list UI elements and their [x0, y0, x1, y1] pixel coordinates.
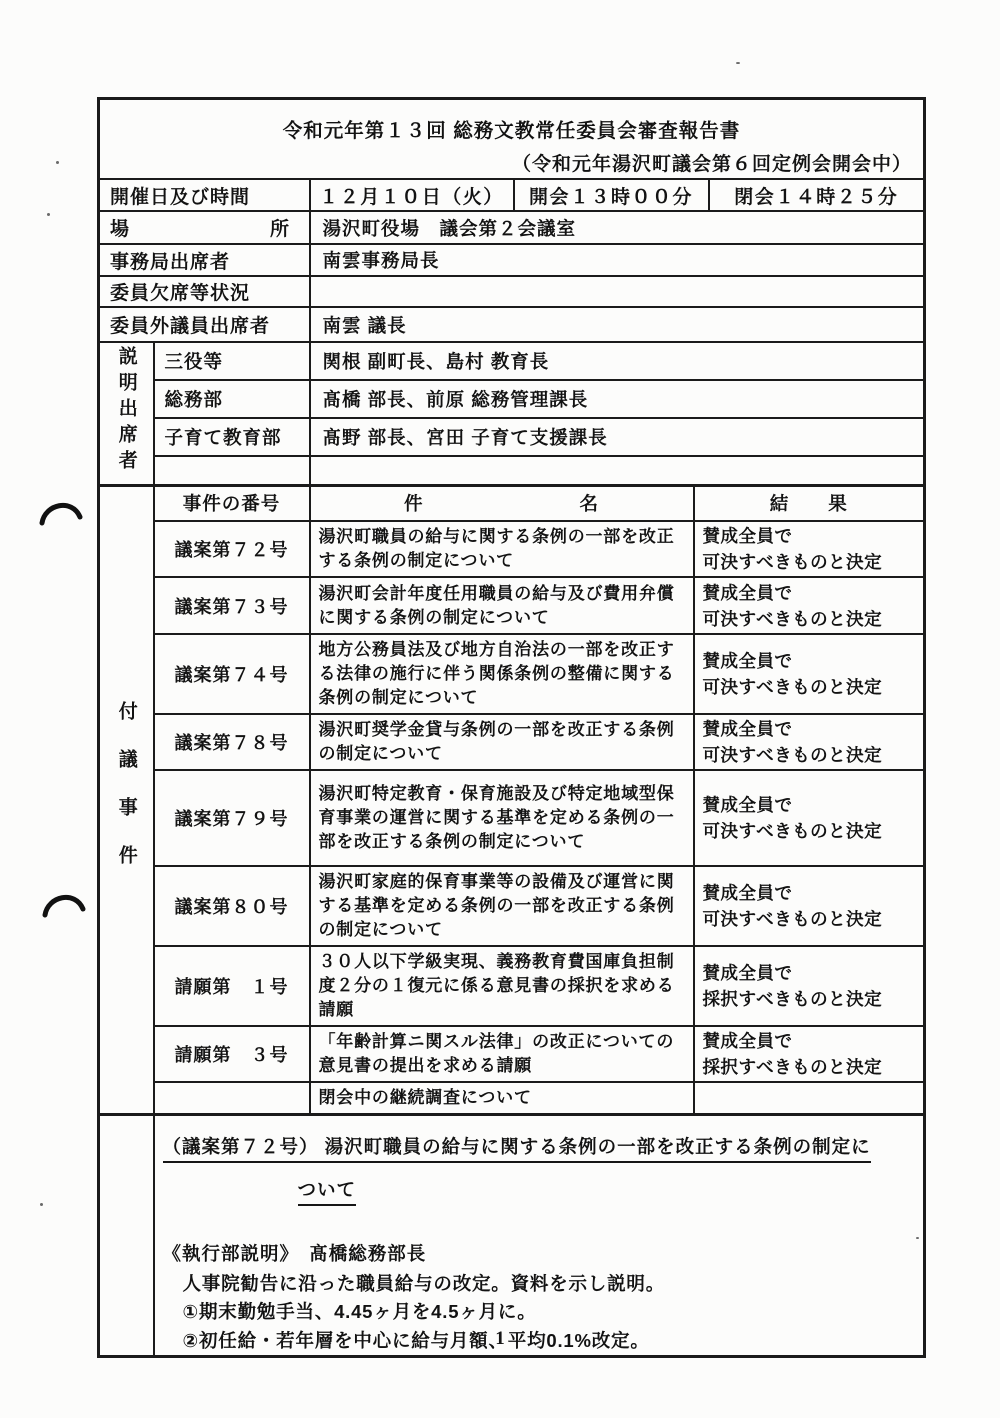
explanation-line: 人事院勧告に沿った職員給与の改定。資料を示し説明。 — [183, 1270, 914, 1298]
explainer-members: 関根 副町長、島村 教育長 — [310, 342, 925, 380]
case-result: 賛成全員で 可決すべきものと決定 — [694, 866, 925, 946]
detail-margin-cell — [99, 1115, 154, 1357]
case-result-line: 可決すべきものと決定 — [703, 742, 923, 768]
agenda-row: 議案第７３号 湯沢町会計年度任用職員の給与及び費用弁償に関する条例の制定について… — [99, 577, 925, 634]
secretariat-value: 南雲事務局長 — [310, 244, 925, 276]
case-result-line: 可決すべきものと決定 — [703, 606, 923, 632]
detail-content: （議案第７２号） 湯沢町職員の給与に関する条例の一部を改正する条例の制定に つい… — [154, 1115, 925, 1357]
case-result: 賛成全員で 可決すべきものと決定 — [694, 577, 925, 634]
case-number: 議案第７８号 — [154, 714, 310, 770]
place-row: 場 所 湯沢町役場 議会第２会議室 — [99, 211, 925, 244]
case-result: 賛成全員で 可決すべきものと決定 — [694, 770, 925, 866]
datetime-label: 開催日及び時間 — [99, 179, 310, 211]
case-result-line: 賛成全員で — [703, 792, 923, 818]
explainer-row: 子育て教育部 髙野 部長、宮田 子育て支援課長 — [99, 418, 925, 456]
page-number: 1 — [0, 1328, 1000, 1350]
case-result-line: 可決すべきものと決定 — [703, 818, 923, 844]
explainer-category: 子育て教育部 — [154, 418, 310, 456]
scan-dot — [47, 213, 50, 216]
case-result-line: 賛成全員で — [703, 716, 923, 742]
case-result-line: 賛成全員で — [703, 523, 923, 549]
agenda-group-label: 付議事件 — [99, 485, 154, 1115]
explainer-members: 髙橋 部長、前原 総務管理課長 — [310, 380, 925, 418]
scan-arc-mark — [38, 492, 84, 530]
secretariat-label: 事務局出席者 — [99, 244, 310, 276]
explainer-category — [154, 456, 310, 485]
nonmember-value: 南雲 議長 — [310, 307, 925, 342]
detail-heading-continuation: ついて — [298, 1175, 914, 1205]
agenda-row: 議案第７２号 湯沢町職員の給与に関する条例の一部を改正する条例の制定について 賛… — [99, 521, 925, 577]
agenda-row: 議案第８０号 湯沢町家庭的保育事業等の設備及び運営に関する基準を定める条例の一部… — [99, 866, 925, 946]
agenda-row: 議案第７４号 地方公務員法及び地方自治法の一部を改正する法律の施行に伴う関係条例… — [99, 634, 925, 714]
column-header-result: 結 果 — [694, 485, 925, 521]
case-number: 議案第７２号 — [154, 521, 310, 577]
title-row: 令和元年第１３回 総務文教常任委員会審査報告書 （令和元年湯沢町議会第６回定例会… — [99, 99, 925, 180]
detail-row: （議案第７２号） 湯沢町職員の給与に関する条例の一部を改正する条例の制定に つい… — [99, 1115, 925, 1357]
secretariat-row: 事務局出席者 南雲事務局長 — [99, 244, 925, 276]
case-name: 湯沢町特定教育・保育施設及び特定地域型保育事業の運営に関する基準を定める条例の一… — [310, 770, 694, 866]
detail-heading-line1: （議案第７２号） 湯沢町職員の給与に関する条例の一部を改正する条例の制定に — [163, 1136, 871, 1163]
place-value: 湯沢町役場 議会第２会議室 — [310, 211, 925, 244]
detail-heading: （議案第７２号） 湯沢町職員の給与に関する条例の一部を改正する条例の制定に — [163, 1132, 914, 1162]
case-name: 湯沢町職員の給与に関する条例の一部を改正する条例の制定について — [310, 521, 694, 577]
column-header-name: 件 名 — [310, 485, 694, 521]
case-result-line: 可決すべきものと決定 — [703, 674, 923, 700]
case-number: 請願第 １号 — [154, 946, 310, 1026]
case-result-line: 賛成全員で — [703, 880, 923, 906]
case-name: ３０人以下学級実現、義務教育費国庫負担制度２分の１復元に係る意見書の採択を求める… — [310, 946, 694, 1026]
explainer-category: 三役等 — [154, 342, 310, 380]
case-number — [154, 1082, 310, 1115]
case-name: 湯沢町会計年度任用職員の給与及び費用弁償に関する条例の制定について — [310, 577, 694, 634]
case-number: 議案第７４号 — [154, 634, 310, 714]
case-result: 賛成全員で 採択すべきものと決定 — [694, 946, 925, 1026]
case-result: 賛成全員で 可決すべきものと決定 — [694, 521, 925, 577]
explainers-vertical-label: 説明出席者 — [117, 346, 136, 476]
explainer-members: 髙野 部長、宮田 子育て支援課長 — [310, 418, 925, 456]
document-subtitle: （令和元年湯沢町議会第６回定例会開会中） — [101, 149, 922, 176]
case-result-line: 賛成全員で — [703, 1028, 923, 1054]
detail-heading-line2: ついて — [298, 1179, 357, 1206]
case-result-line: 可決すべきものと決定 — [703, 549, 923, 575]
scan-dot — [40, 1203, 43, 1206]
agenda-row: 請願第 ３号 「年齢計算ニ関スル法律」の改正についての意見書の提出を求める請願 … — [99, 1026, 925, 1082]
case-result: 賛成全員で 可決すべきものと決定 — [694, 634, 925, 714]
nonmember-label: 委員外議員出席者 — [99, 307, 310, 342]
case-number: 請願第 ３号 — [154, 1026, 310, 1082]
explainer-category: 総務部 — [154, 380, 310, 418]
document-title: 令和元年第１３回 総務文教常任委員会審査報告書 — [101, 115, 922, 143]
case-name: 閉会中の継続調査について — [310, 1082, 694, 1115]
meeting-date: １２月１０日（火） — [310, 179, 514, 211]
case-result-line: 可決すべきものと決定 — [703, 906, 923, 932]
case-result-line: 採択すべきものと決定 — [703, 1054, 923, 1080]
case-result: 賛成全員で 可決すべきものと決定 — [694, 714, 925, 770]
case-result — [694, 1082, 925, 1115]
agenda-row: 議案第７８号 湯沢町奨学金貸与条例の一部を改正する条例の制定について 賛成全員で… — [99, 714, 925, 770]
case-result: 賛成全員で 採択すべきものと決定 — [694, 1026, 925, 1082]
agenda-vertical-label: 付議事件 — [117, 701, 136, 893]
meeting-open-time: 開会１３時００分 — [514, 179, 709, 211]
case-number: 議案第７９号 — [154, 770, 310, 866]
explainer-row: 総務部 髙橋 部長、前原 総務管理課長 — [99, 380, 925, 418]
place-label: 場 所 — [99, 211, 310, 244]
case-result-line: 賛成全員で — [703, 580, 923, 606]
scan-dot — [736, 62, 740, 64]
column-header-number: 事件の番号 — [154, 485, 310, 521]
explainers-group-label: 説明出席者 — [99, 342, 154, 485]
absence-row: 委員欠席等状況 — [99, 276, 925, 307]
case-result-line: 賛成全員で — [703, 648, 923, 674]
scan-arc-mark — [41, 884, 87, 922]
detail-table: （議案第７２号） 湯沢町職員の給与に関する条例の一部を改正する条例の制定に つい… — [97, 1113, 926, 1358]
executive-explanation-label: 《執行部説明》 髙橋総務部長 — [163, 1239, 914, 1269]
datetime-row: 開催日及び時間 １２月１０日（火） 開会１３時００分 閉会１４時２５分 — [99, 179, 925, 211]
explainer-row: 説明出席者 三役等 関根 副町長、島村 教育長 — [99, 342, 925, 380]
absence-value — [310, 276, 925, 307]
agenda-header-row: 付議事件 事件の番号 件 名 結 果 — [99, 485, 925, 521]
case-name: 湯沢町家庭的保育事業等の設備及び運営に関する基準を定める条例の一部を改正する条例… — [310, 866, 694, 946]
document-page: 令和元年第１３回 総務文教常任委員会審査報告書 （令和元年湯沢町議会第６回定例会… — [0, 0, 1000, 1418]
agenda-row: 請願第 １号 ３０人以下学級実現、義務教育費国庫負担制度２分の１復元に係る意見書… — [99, 946, 925, 1026]
case-name: 地方公務員法及び地方自治法の一部を改正する法律の施行に伴う関係条例の整備に関する… — [310, 634, 694, 714]
case-name: 「年齢計算ニ関スル法律」の改正についての意見書の提出を求める請願 — [310, 1026, 694, 1082]
committee-report: 令和元年第１３回 総務文教常任委員会審査報告書 （令和元年湯沢町議会第６回定例会… — [97, 97, 923, 1358]
report-header-table: 令和元年第１３回 総務文教常任委員会審査報告書 （令和元年湯沢町議会第６回定例会… — [97, 97, 926, 487]
scan-dot — [56, 161, 59, 164]
explainer-row — [99, 456, 925, 485]
absence-label: 委員欠席等状況 — [99, 276, 310, 307]
case-number: 議案第７３号 — [154, 577, 310, 634]
meeting-close-time: 閉会１４時２５分 — [709, 179, 925, 211]
case-name: 湯沢町奨学金貸与条例の一部を改正する条例の制定について — [310, 714, 694, 770]
explainer-members — [310, 456, 925, 485]
case-result-line: 採択すべきものと決定 — [703, 986, 923, 1012]
agenda-table: 付議事件 事件の番号 件 名 結 果 議案第７２号 湯沢町職員の給与に関する条例… — [97, 484, 926, 1117]
explanation-line: ①期末勤勉手当、4.45ヶ月を4.5ヶ月に。 — [183, 1298, 914, 1326]
agenda-row: 議案第７９号 湯沢町特定教育・保育施設及び特定地域型保育事業の運営に関する基準を… — [99, 770, 925, 866]
case-result-line: 賛成全員で — [703, 960, 923, 986]
case-number: 議案第８０号 — [154, 866, 310, 946]
nonmember-row: 委員外議員出席者 南雲 議長 — [99, 307, 925, 342]
agenda-row: 閉会中の継続調査について — [99, 1082, 925, 1115]
